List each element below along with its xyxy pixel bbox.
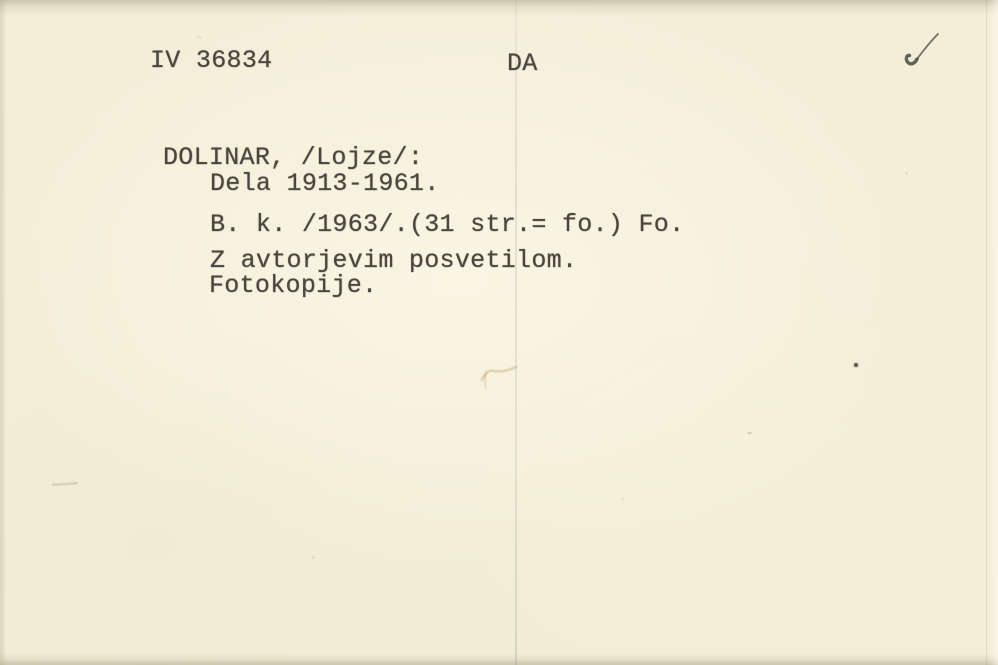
note-line-photocopies: Fotokopije. [209,271,377,301]
paper-speck [196,36,202,39]
catalog-card-scan: IV 36834 DA DOLINAR, /Lojze/: Dela 1913-… [0,0,998,665]
vertical-crease [515,0,517,665]
paper-speck [747,432,752,434]
scan-edge-top [0,0,998,16]
section-code: DA [507,49,538,79]
scan-edge-right-line [986,0,987,665]
scan-edge-bottom [0,653,998,665]
paper-speck [905,172,908,175]
imprint-line: B. k. /1963/.(31 str.= fo.) Fo. [210,210,684,240]
ink-dot [854,363,858,367]
paper-speck [621,498,624,500]
call-number: IV 36834 [150,46,272,76]
paper-speck [312,556,315,559]
pencil-smudge [470,358,530,394]
scan-edge-left [0,0,7,665]
title-line: Dela 1913-1961. [210,169,440,199]
handwritten-checkmark-icon [898,28,946,72]
paper-background [0,0,998,665]
